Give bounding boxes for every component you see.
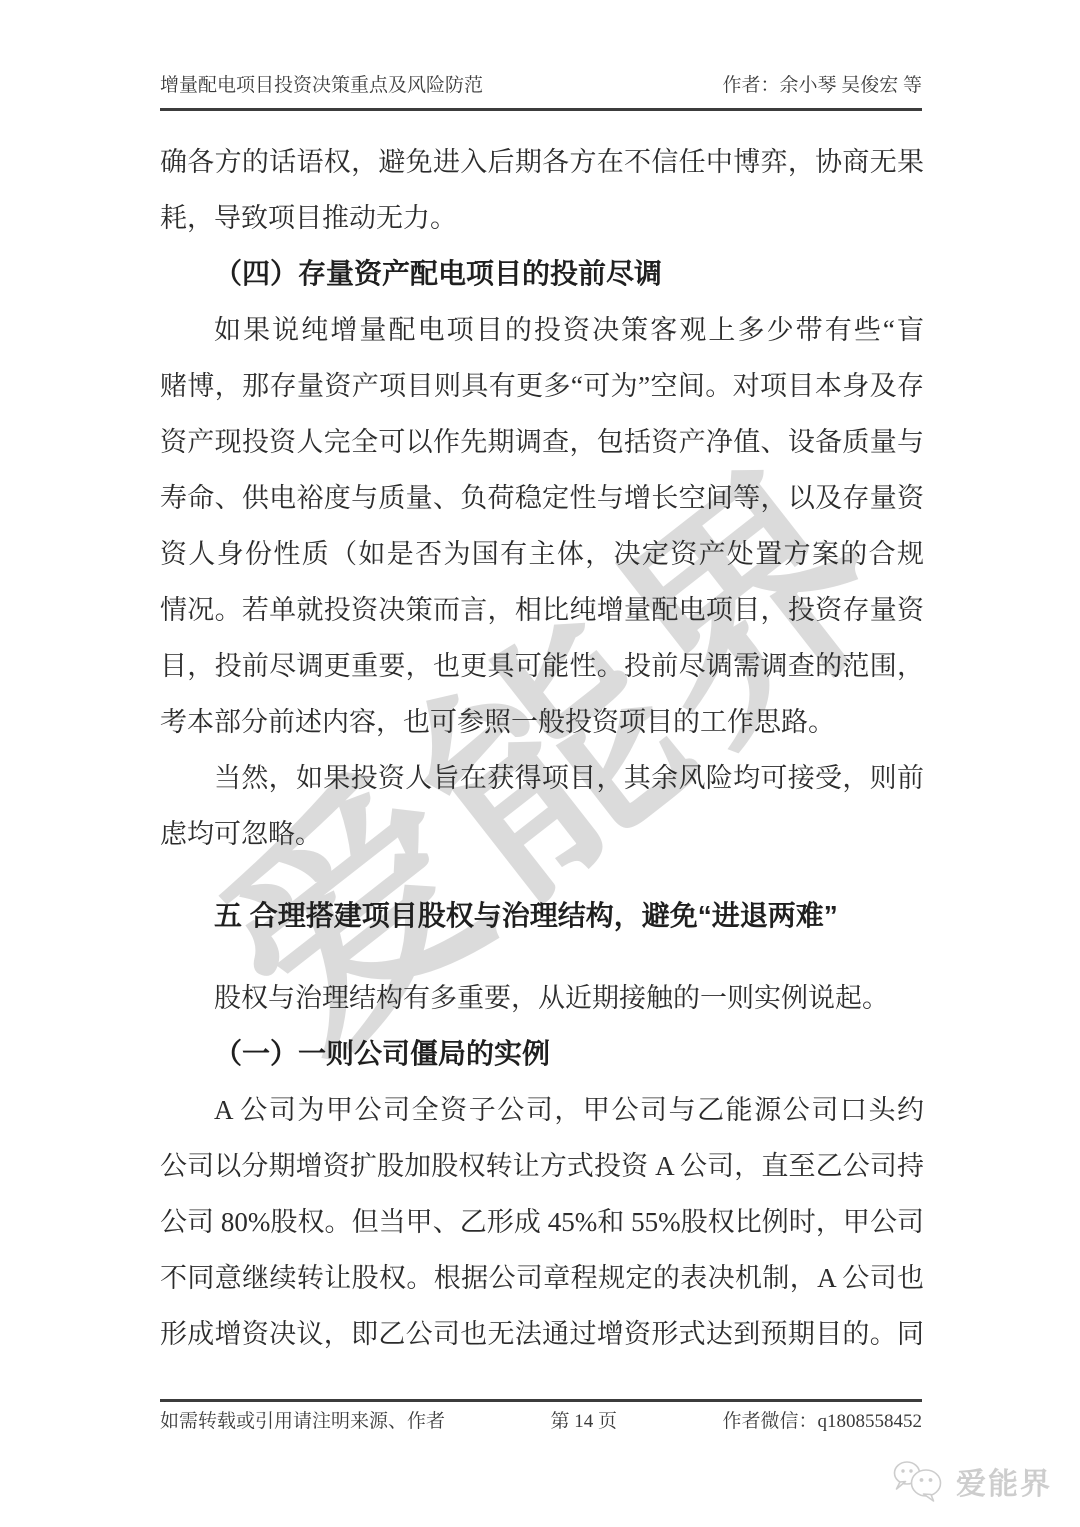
text-line: 股权与治理结构有多重要，从近期接触的一则实例说起。: [160, 970, 924, 1026]
text-line: 形成增资决议，即乙公司也无法通过增资形式达到预期目的。同时，: [160, 1306, 924, 1362]
page-header: 增量配电项目投资决策重点及风险防范 作者：余小琴 吴俊宏 等: [160, 70, 922, 97]
footer-source-note: 如需转载或引用请注明来源、作者: [160, 1406, 445, 1433]
text-line: 寿命、供电裕度与质量、负荷稳定性与增长空间等，以及存量资产投: [160, 470, 924, 526]
text-line: 情况。若单就投资决策而言，相比纯增量配电项目，投资存量资产项: [160, 582, 924, 638]
section-heading: 五 合理搭建项目股权与治理结构，避免“进退两难”: [160, 888, 924, 944]
footer-page-number: 第 14 页: [550, 1406, 617, 1433]
brand-name: 爱能界: [956, 1459, 1052, 1503]
text-line: 公司以分期增资扩股加股权转让方式投资 A 公司，直至乙公司持有 A: [160, 1138, 924, 1194]
text-line: 如果说纯增量配电项目的投资决策客观上多少带有些“盲投”的: [160, 302, 924, 358]
text-line: 资产现投资人完全可以作先期调查，包括资产净值、设备质量与剩余: [160, 414, 924, 470]
header-title: 增量配电项目投资决策重点及风险防范: [160, 70, 483, 97]
wechat-bubbles-icon: [891, 1459, 947, 1503]
header-rule: [160, 108, 922, 111]
document-body: 确各方的话语权，避免进入后期各方在不信任中博弈，协商无果中内耗，导致项目推动无力…: [160, 134, 924, 1362]
text-line: 不同意继续转让股权。根据公司章程规定的表决机制，A 公司也无法: [160, 1250, 924, 1306]
text-line: 确各方的话语权，避免进入后期各方在不信任中博弈，协商无果中内: [160, 134, 924, 190]
footer-wechat-contact: 作者微信：q1808558452: [722, 1406, 922, 1433]
document-page: 爱能界 增量配电项目投资决策重点及风险防范 作者：余小琴 吴俊宏 等 确各方的话…: [0, 0, 1080, 1527]
text-line: 虑均可忽略。: [160, 806, 924, 862]
text-line: 赌博，那存量资产项目则具有更多“可为”空间。对项目本身及存量: [160, 358, 924, 414]
text-line: 耗，导致项目推动无力。: [160, 190, 924, 246]
footer-rule: [160, 1399, 922, 1402]
text-line: 公司 80%股权。但当甲、乙形成 45%和 55%股权比例时，甲公司反悔，: [160, 1194, 924, 1250]
text-line: 资人身份性质（如是否为国有主体，决定资产处置方案的合规性）等: [160, 526, 924, 582]
text-line: 当然，如果投资人旨在获得项目，其余风险均可接受，则前述考: [160, 750, 924, 806]
header-author: 作者：余小琴 吴俊宏 等: [722, 70, 922, 97]
brand-logo: 爱能界: [891, 1459, 1052, 1503]
section-heading: （四）存量资产配电项目的投前尽调: [160, 246, 924, 302]
text-line: A 公司为甲公司全资子公司，甲公司与乙能源公司口头约定，乙: [160, 1082, 924, 1138]
section-heading: （一）一则公司僵局的实例: [160, 1026, 924, 1082]
page-footer: 如需转载或引用请注明来源、作者 第 14 页 作者微信：q1808558452: [160, 1406, 922, 1433]
text-line: 目，投前尽调更重要，也更具可能性。投前尽调需调查的范围，可参: [160, 638, 924, 694]
text-line: 考本部分前述内容，也可参照一般投资项目的工作思路。: [160, 694, 924, 750]
